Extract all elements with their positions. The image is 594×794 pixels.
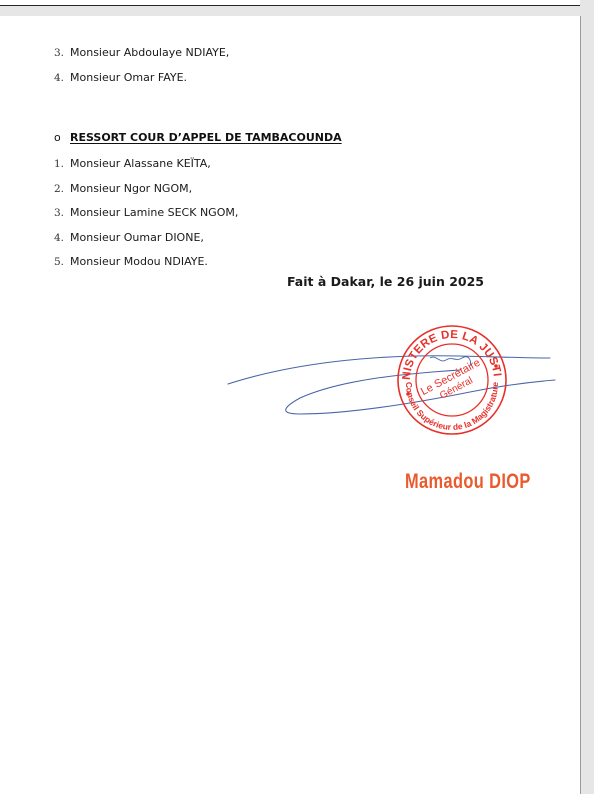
section-list: 1.Monsieur Alassane KEÏTA, 2.Monsieur Ng…: [54, 157, 238, 280]
list-item: 4.Monsieur Oumar DIONE,: [54, 231, 238, 256]
list-item: 5.Monsieur Modou NDIAYE.: [54, 255, 238, 280]
previous-section-list: 3.Monsieur Abdoulaye NDIAYE, 4.Monsieur …: [54, 46, 229, 95]
section-title: RESSORT COUR D’APPEL DE TAMBACOUNDA: [70, 131, 342, 144]
handwritten-signature-icon: [220, 340, 560, 430]
list-item: 2.Monsieur Ngor NGOM,: [54, 182, 238, 207]
official-stamp-icon: MINISTERE DE LA JUSTICE Conseil Supérieu…: [396, 324, 508, 436]
previous-page-edge: [0, 0, 580, 6]
list-item: 3.Monsieur Abdoulaye NDIAYE,: [54, 46, 229, 71]
list-item: 4.Monsieur Omar FAYE.: [54, 71, 229, 96]
list-item: 1.Monsieur Alassane KEÏTA,: [54, 157, 238, 182]
list-item: 3.Monsieur Lamine SECK NGOM,: [54, 206, 238, 231]
signatory-name: Mamadou DIOP: [405, 470, 531, 494]
circle-bullet-icon: o: [54, 131, 70, 144]
section-heading: o RESSORT COUR D’APPEL DE TAMBACOUNDA: [54, 131, 342, 144]
place-and-date: Fait à Dakar, le 26 juin 2025: [287, 274, 484, 289]
